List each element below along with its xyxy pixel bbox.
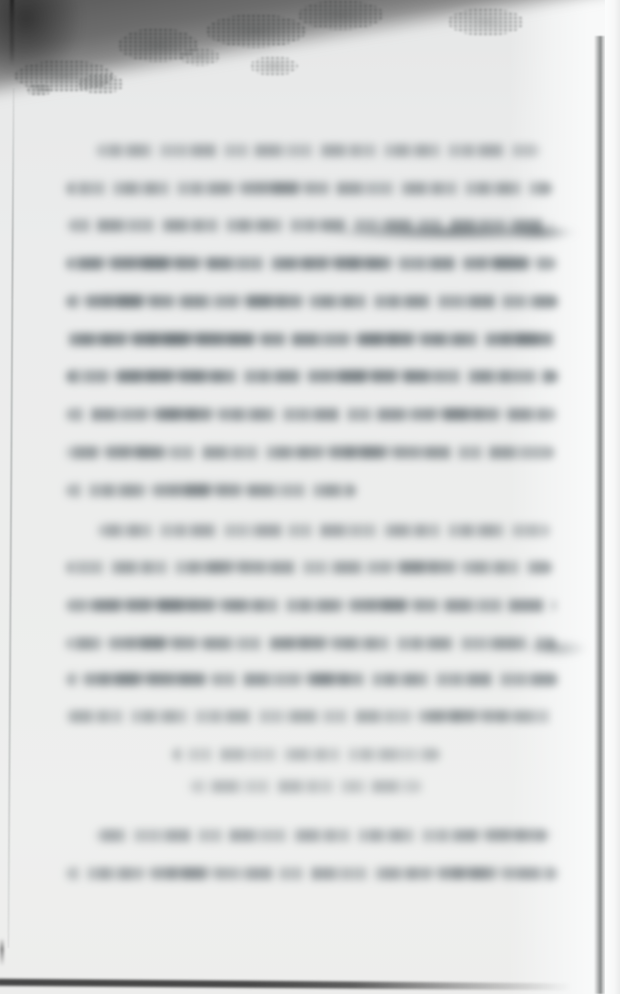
scan-background-right xyxy=(605,0,620,994)
ink-blot xyxy=(366,558,476,575)
ink-blot xyxy=(66,330,296,347)
blurred-text-line xyxy=(66,182,552,195)
ink-blot xyxy=(96,367,236,384)
blurred-text-line xyxy=(66,867,558,880)
blurred-text-line xyxy=(68,219,552,232)
blurred-text-line xyxy=(66,333,558,346)
ink-blot xyxy=(66,254,236,271)
ink-blot xyxy=(456,826,556,843)
ink-blot xyxy=(286,670,366,687)
ink-blot xyxy=(406,707,526,724)
blurred-text-line xyxy=(66,561,552,574)
ink-blot xyxy=(296,367,446,384)
scanned-book-page xyxy=(0,0,620,994)
ink-blot xyxy=(336,330,446,347)
ink-blot xyxy=(186,558,276,575)
ink-blot xyxy=(326,596,446,613)
ink-blot xyxy=(86,443,176,460)
ink-blot xyxy=(96,634,216,651)
ink-blot xyxy=(276,443,446,460)
blurred-text-line xyxy=(66,484,356,497)
blurred-text-line xyxy=(172,748,440,761)
ink-blot xyxy=(396,864,536,881)
blurred-text-line xyxy=(66,257,556,270)
blurred-text-line xyxy=(66,295,558,308)
ink-blot xyxy=(456,254,546,271)
blurred-text-line xyxy=(66,673,558,686)
blurred-text-line xyxy=(66,710,556,723)
ink-blot xyxy=(396,405,516,422)
ink-blot xyxy=(508,224,568,241)
ink-blot xyxy=(136,481,266,498)
blurred-text-line xyxy=(66,408,556,421)
ink-blot xyxy=(276,254,406,271)
ink-blot xyxy=(216,292,316,309)
ink-blot xyxy=(126,864,246,881)
page-surface xyxy=(0,0,607,994)
ink-blot xyxy=(66,292,186,309)
blurred-text-line xyxy=(98,524,550,537)
ink-blot xyxy=(486,330,556,347)
blurred-text-line xyxy=(66,446,554,459)
blurred-text-line xyxy=(66,370,558,383)
blurred-text-line xyxy=(96,144,540,157)
ink-blot xyxy=(126,405,236,422)
ink-blot xyxy=(66,596,266,613)
blurred-text-line xyxy=(66,599,556,612)
blurred-text-line xyxy=(66,637,556,650)
blurred-text-line xyxy=(96,829,548,842)
blurred-text-block xyxy=(0,0,607,994)
left-edge-mark xyxy=(0,938,4,966)
ink-blot xyxy=(266,634,356,651)
ink-blot xyxy=(526,640,586,657)
ink-blot xyxy=(216,179,336,196)
ink-blot xyxy=(66,670,226,687)
blurred-text-line xyxy=(190,780,422,793)
